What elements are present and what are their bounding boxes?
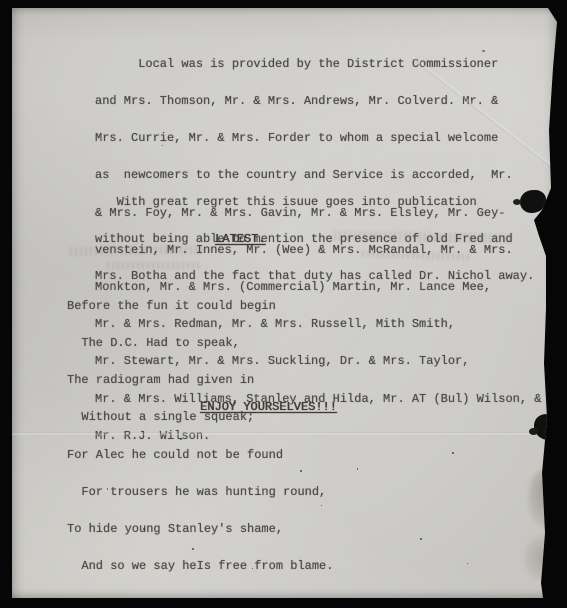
poem-line: The radiogram had given in	[67, 374, 333, 386]
paper-speck	[192, 548, 194, 550]
poem-line: To hide young Stanley's shame,	[67, 523, 333, 535]
poem-line: For Alec he could not be found	[67, 449, 333, 461]
typed-line: Local was is provided by the District Co…	[95, 58, 541, 70]
poem-line: The D.C. Had to speak,	[67, 337, 333, 349]
paper-speck	[300, 470, 302, 472]
poem-line: Before the fun it could begin	[67, 300, 333, 312]
document-page: Local was is provided by the District Co…	[12, 8, 558, 598]
section-heading-latest: LATEST.	[215, 232, 265, 246]
paper-speck	[180, 438, 182, 440]
stain	[528, 470, 562, 526]
stain	[525, 536, 561, 580]
ink-blot	[520, 190, 546, 213]
typed-line: With great regret this isuue goes into p…	[95, 196, 534, 208]
typed-line: Mrs. Currie, Mr. & Mrs. Forder to whom a…	[95, 132, 541, 144]
paper-speck	[162, 145, 163, 146]
paper-speck	[357, 468, 358, 470]
section-heading-enjoy: ENJOY YOURSELVES!!!	[200, 400, 337, 414]
poem: Before the fun it could begin The D.C. H…	[67, 275, 333, 597]
bleed-through-smudge	[107, 262, 199, 269]
ink-blot	[534, 414, 562, 440]
fold-crease	[12, 432, 558, 436]
paper-speck	[452, 452, 454, 454]
paper-speck	[482, 50, 485, 52]
paper-speck	[107, 488, 108, 490]
paper-speck	[143, 528, 145, 530]
paper-speck	[321, 505, 322, 506]
paper-speck	[252, 568, 253, 569]
paper-speck	[420, 538, 422, 540]
paper-speck	[467, 563, 468, 564]
poem-line: And so we say heIs free from blame.	[67, 560, 333, 572]
